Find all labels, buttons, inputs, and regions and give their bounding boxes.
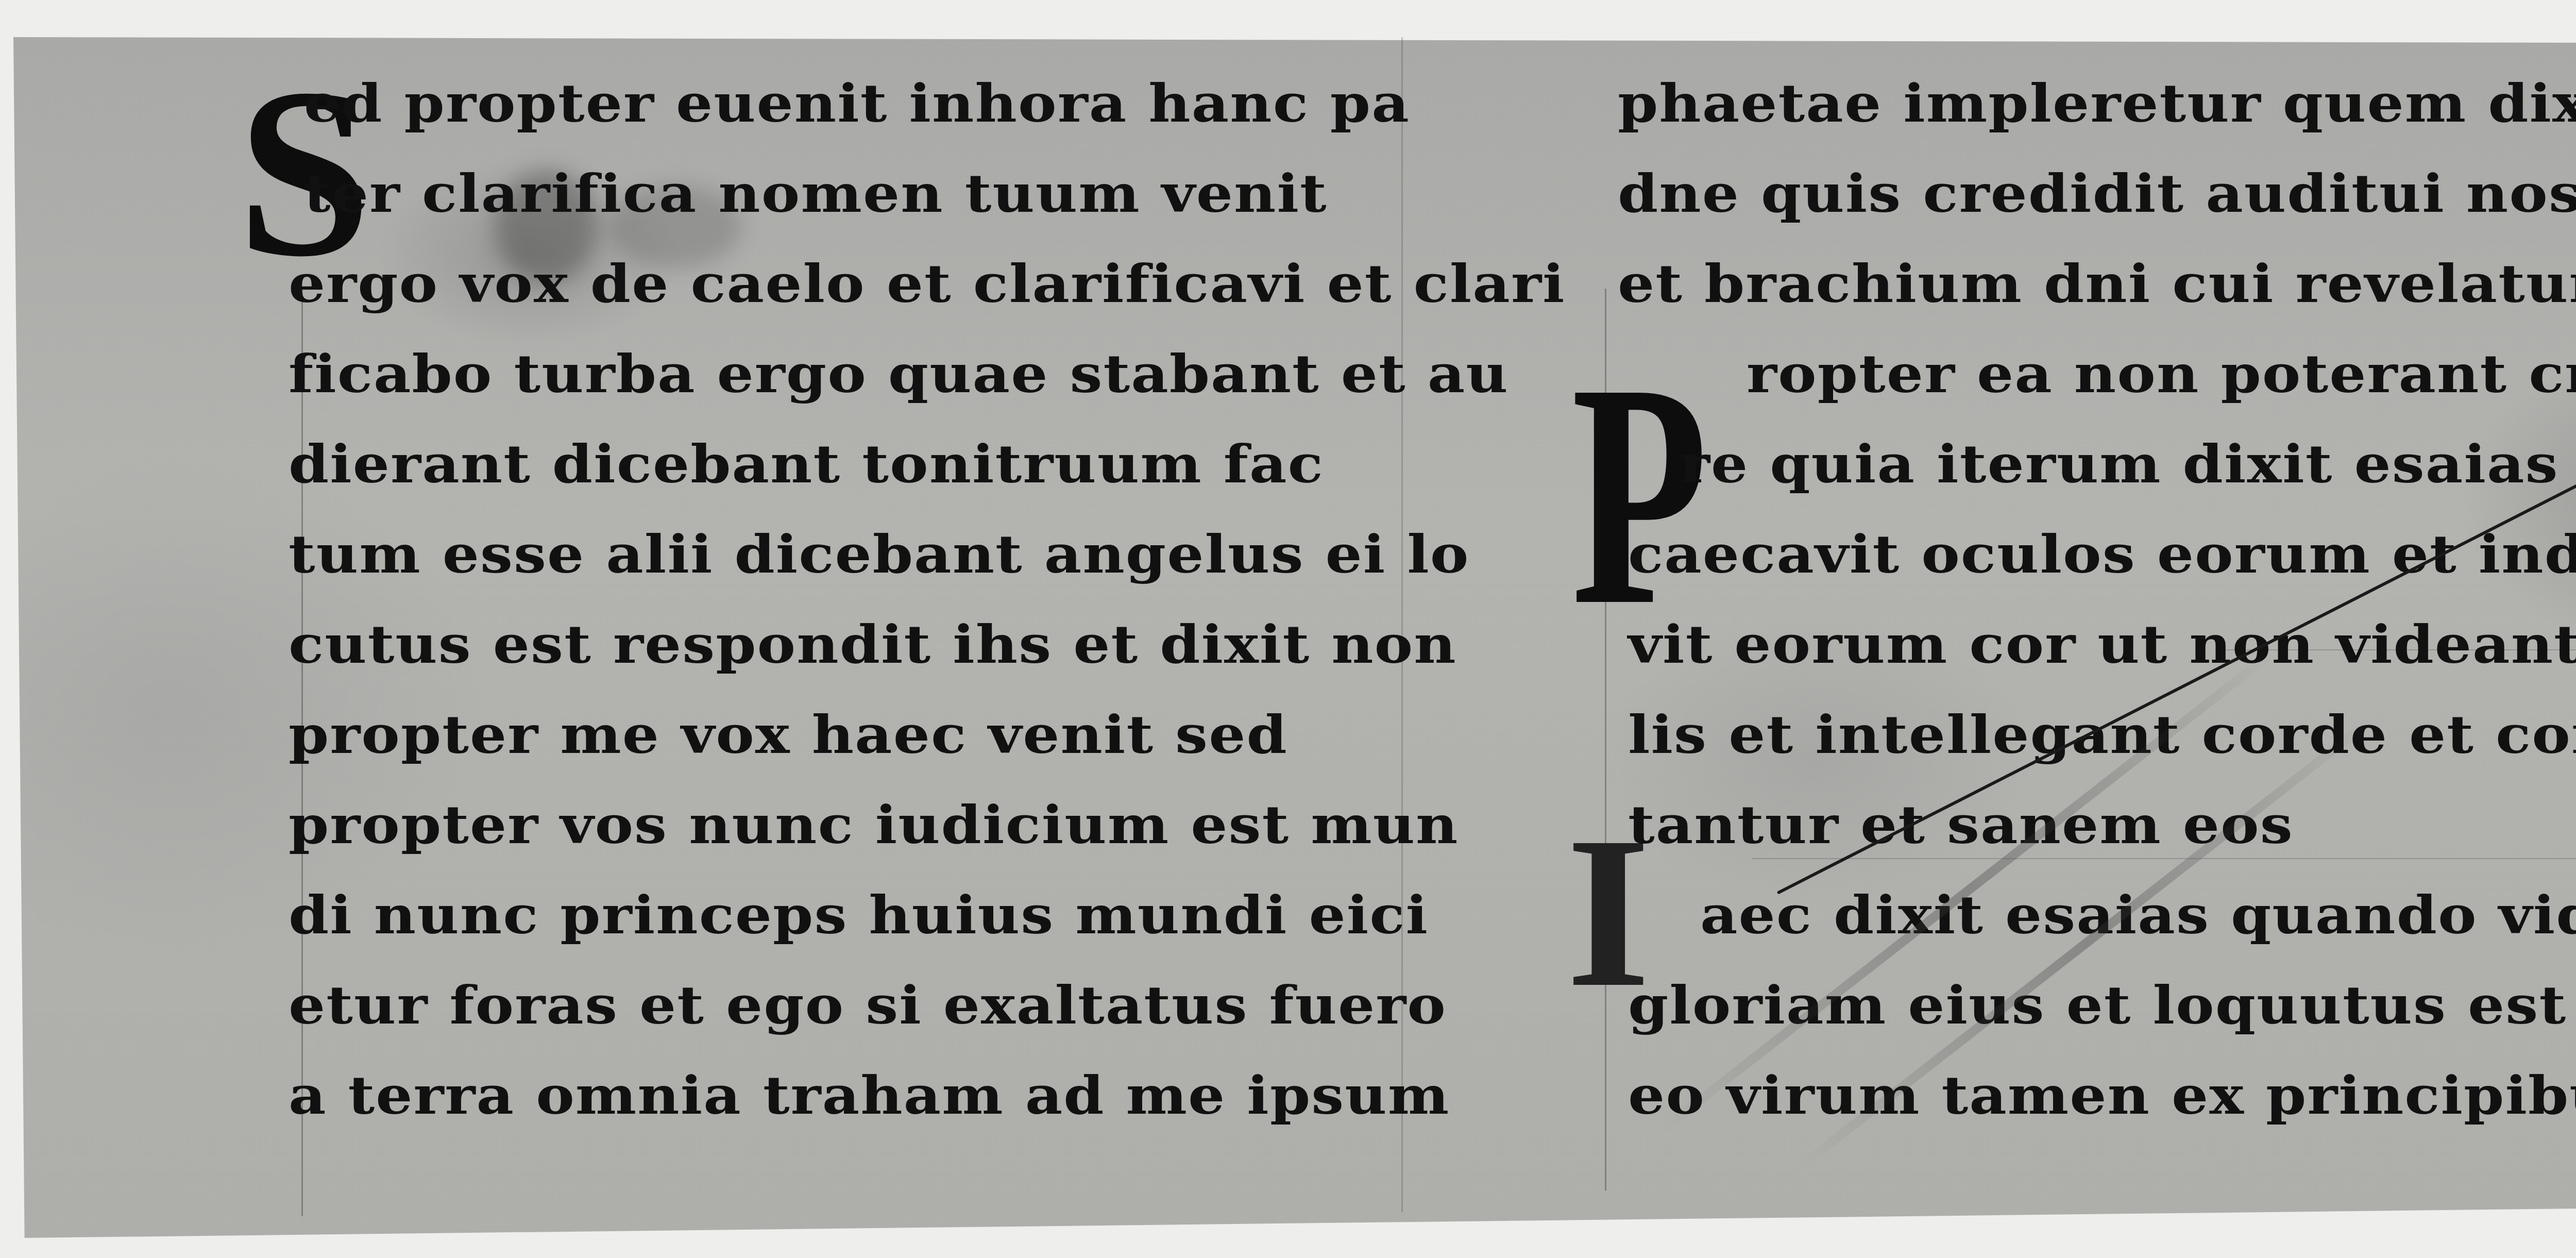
manuscript-line: tantur et sanem eos <box>1618 793 2576 875</box>
manuscript-line: propter me vox haec venit sed <box>289 703 1391 784</box>
manuscript-line: ropter ea non poterant crede <box>1618 342 2576 424</box>
manuscript-line: dne quis credidit auditui nostro <box>1618 162 2576 243</box>
manuscript-line: a terra omnia traham ad me ipsum <box>289 1064 1391 1145</box>
manuscript-line: eo virum tamen ex principibus <box>1618 1064 2576 1145</box>
left-text-column: ed propter euenit inhora hanc pa ter cla… <box>289 67 1391 1149</box>
manuscript-line: caecavit oculos eorum et indura <box>1618 523 2576 604</box>
manuscript-line: etur foras et ego si exaltatus fuero <box>289 974 1391 1055</box>
manuscript-line: aec dixit esaias quando vidit <box>1618 883 2576 965</box>
manuscript-line: ter clarifica nomen tuum venit <box>289 162 1391 243</box>
manuscript-line: et brachium dni cui revelatum est <box>1618 252 2576 333</box>
photograph-frame: S P I ed propter euenit inhora hanc pa t… <box>0 0 2576 1258</box>
manuscript-line: re quia iterum dixit esaias ex <box>1618 432 2576 514</box>
manuscript-line: ergo vox de caelo et clarificavi et clar… <box>289 252 1391 333</box>
manuscript-line: lis et intellegant corde et conver <box>1618 703 2576 784</box>
manuscript-line: ed propter euenit inhora hanc pa <box>289 72 1391 153</box>
manuscript-line: ficabo turba ergo quae stabant et au <box>289 342 1391 424</box>
manuscript-line: di nunc princeps huius mundi eici <box>289 883 1391 965</box>
manuscript-line: phaetae impleretur quem dixit <box>1618 72 2576 153</box>
manuscript-line: cutus est respondit ihs et dixit non <box>289 613 1391 694</box>
right-text-column: phaetae impleretur quem dixit dne quis c… <box>1618 67 2576 1149</box>
manuscript-line: propter vos nunc iudicium est mun <box>289 793 1391 875</box>
manuscript-line: dierant dicebant tonitruum fac <box>289 432 1391 514</box>
manuscript-line: gloriam eius et loquutus est de <box>1618 974 2576 1055</box>
manuscript-line: vit eorum cor ut non videant ocu <box>1618 613 2576 694</box>
manuscript-line: tum esse alii dicebant angelus ei lo <box>289 523 1391 604</box>
